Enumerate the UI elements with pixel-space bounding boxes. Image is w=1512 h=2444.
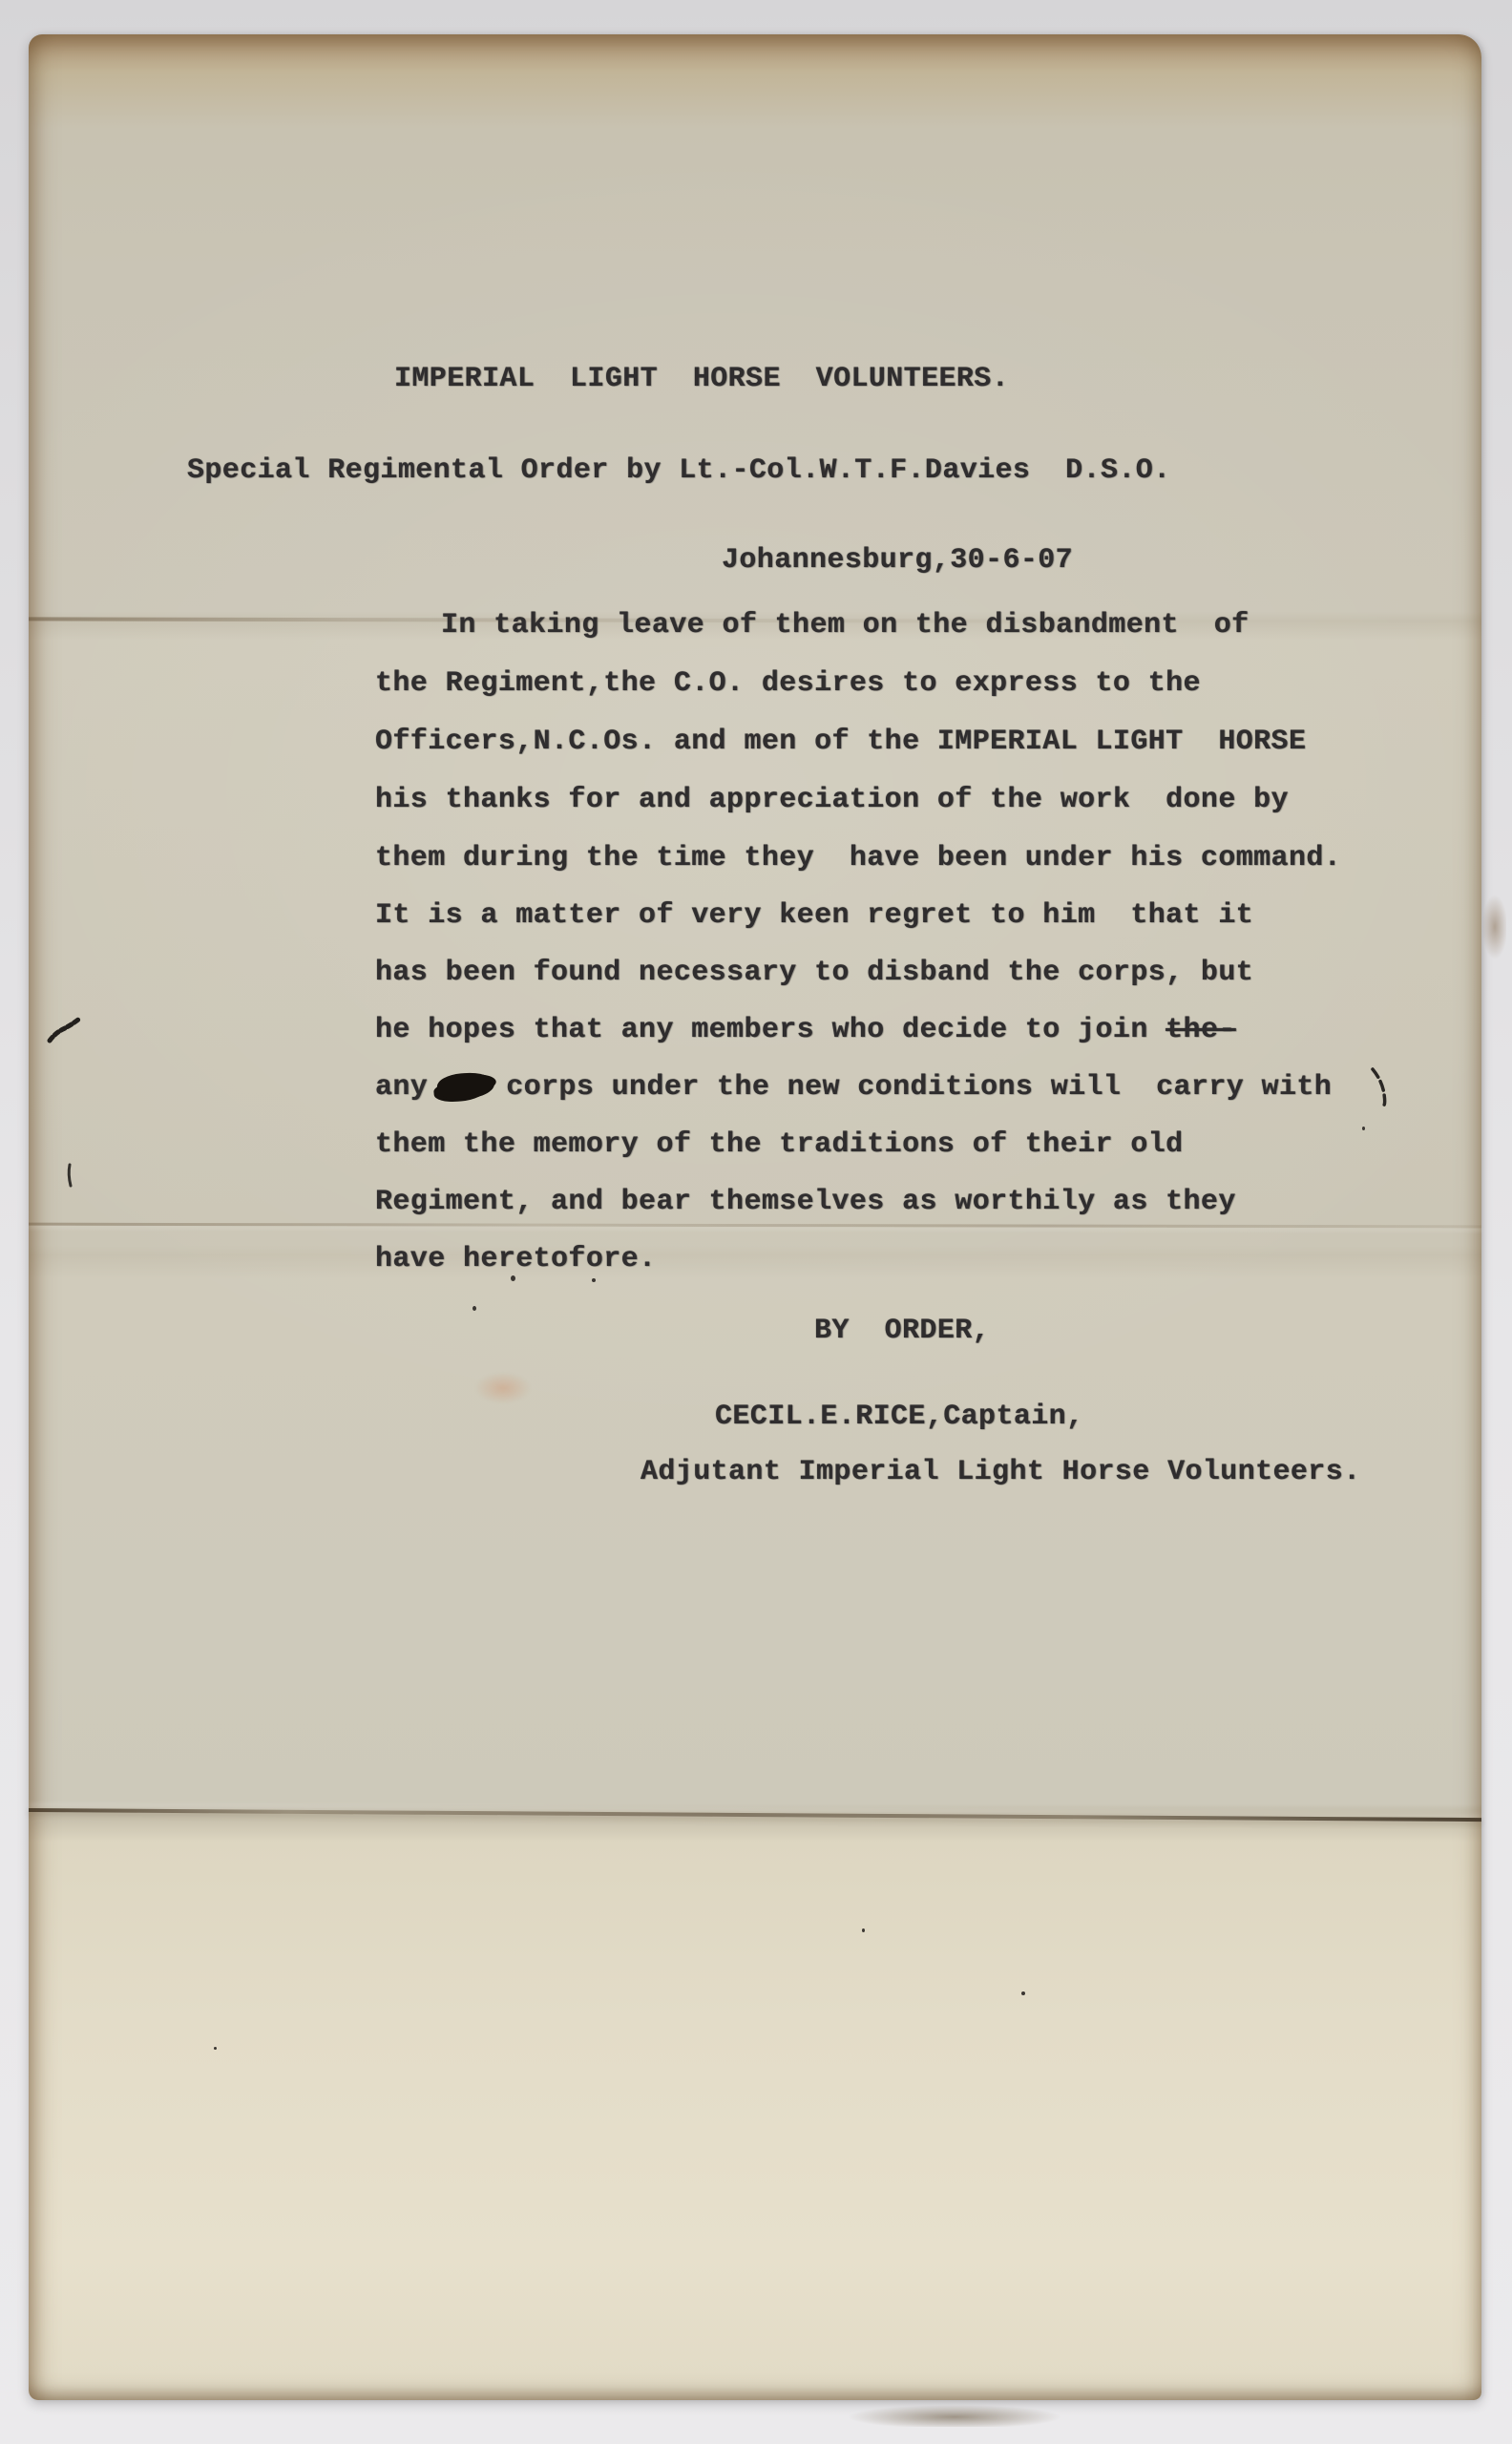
paper-speck [592,1278,596,1282]
paper-speck [1021,1991,1025,1995]
body-line: Regiment, and bear themselves as worthil… [375,1184,1236,1220]
struck-out-word: the- [1165,1014,1236,1046]
body-line: them the memory of the traditions of the… [375,1127,1184,1163]
body-line-with-redaction: anycorps under the new conditions will c… [375,1069,1332,1106]
body-line: his thanks for and appreciation of the w… [375,782,1289,818]
photo-of-document: { "document": { "heading": "IMPERIAL LIG… [0,0,1512,2444]
body-line-text: corps under the new conditions will carr… [506,1071,1332,1104]
ink-blot-icon [436,1070,495,1101]
body-line-with-strikeout: he hopes that any members who decide to … [375,1012,1236,1048]
body-line: has been found necessary to disband the … [375,955,1253,991]
pen-mark-right-icon [1367,1065,1396,1111]
fold-crease-middle [29,1223,1481,1229]
paper-speck [214,2047,217,2050]
paper-speck [1362,1127,1365,1130]
document-heading: IMPERIAL LIGHT HORSE VOLUNTEERS. [394,361,1009,397]
signatory-title-line: Adjutant Imperial Light Horse Volunteers… [640,1454,1361,1490]
pen-mark-tick-icon [63,1163,76,1188]
bottom-edge-smudge [821,2402,1088,2427]
body-line: the Regiment,the C.O. desires to express… [375,665,1201,702]
body-line: It is a matter of very keen regret to hi… [375,897,1253,934]
body-line: them during the time they have been unde… [375,840,1341,876]
body-line: Officers,N.C.Os. and men of the IMPERIAL… [375,724,1306,760]
paper-speck [862,1928,865,1932]
body-line-text: he hopes that any members who decide to … [375,1014,1165,1046]
body-line-text: any [375,1071,428,1104]
pen-mark-left-icon [46,1014,84,1052]
paper-speck [472,1306,476,1311]
body-line: have heretofore. [375,1241,656,1277]
body-line: In taking leave of them on the disbandme… [441,607,1249,643]
order-line: Special Regimental Order by Lt.-Col.W.T.… [187,453,1171,489]
fold-crease-bottom [29,1808,1481,1822]
signatory-line: CECIL.E.RICE,Captain, [715,1399,1083,1435]
edge-smudge [1478,884,1506,970]
paper-stain [466,1367,540,1409]
dateline: Johannesburg,30-6-07 [722,542,1073,579]
by-order-line: BY ORDER, [814,1313,990,1349]
